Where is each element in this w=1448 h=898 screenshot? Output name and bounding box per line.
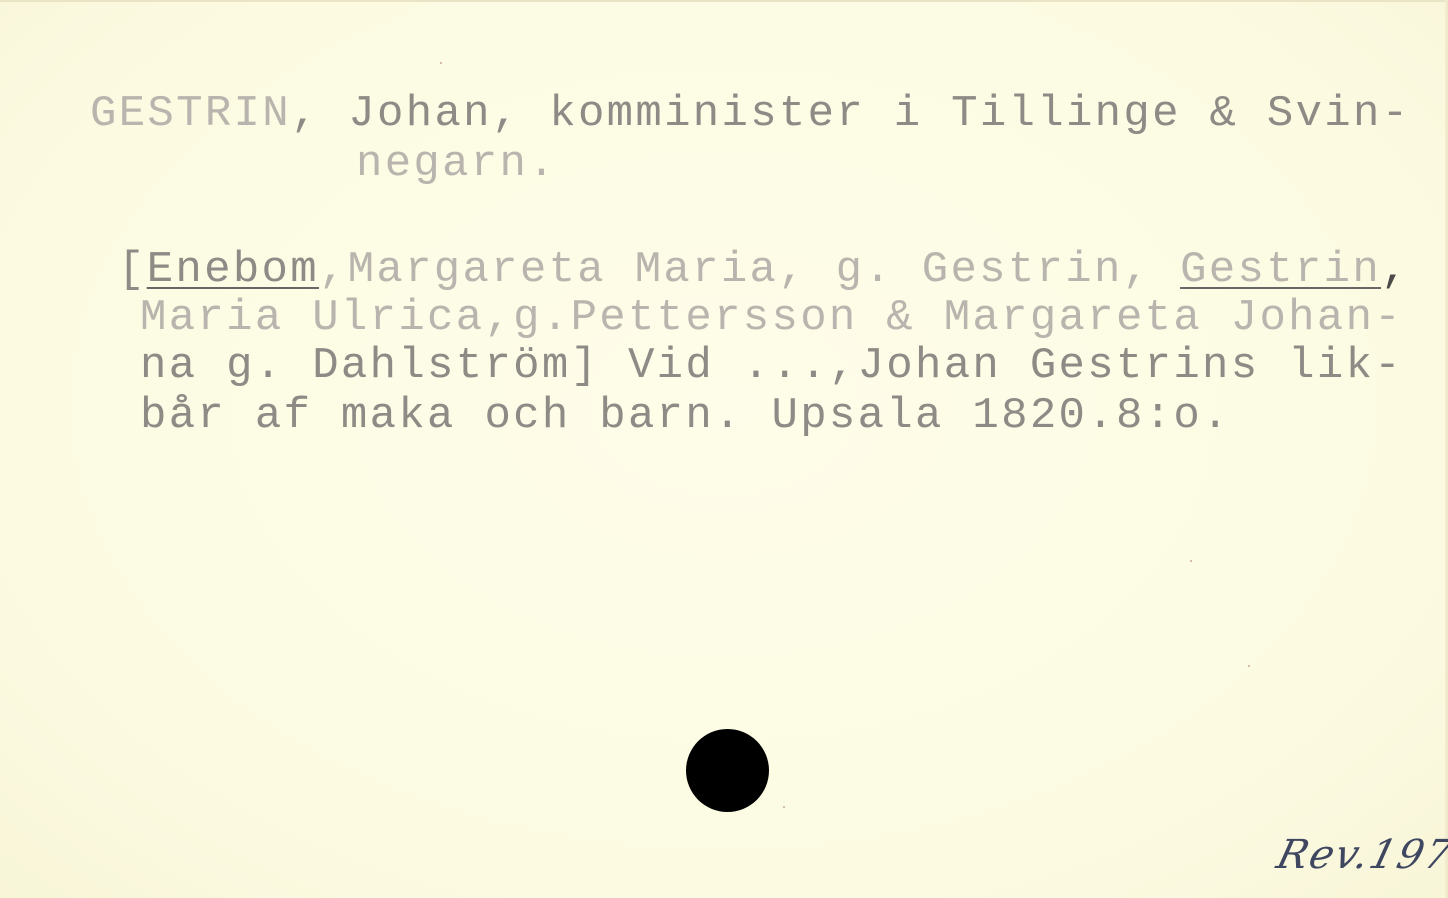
entry-line-1: [Enebom,Margareta Maria, g. Gestrin, Ges… (118, 246, 1410, 294)
catalog-card: GESTRIN, Johan, komminister i Tillinge &… (0, 0, 1448, 898)
speck (440, 62, 442, 64)
heading-continuation: negarn. (356, 140, 557, 188)
punch-hole (686, 729, 769, 812)
entry-line-4: bår af maka och barn. Upsala 1820.8:o. (140, 392, 1231, 440)
entry-line-3: na g. Dahlström] Vid ...,Johan Gestrins … (140, 342, 1403, 390)
handwritten-revision-note: Rev.1970 (1272, 832, 1448, 878)
entry-name-gestrin: Gestrin (1180, 245, 1381, 295)
heading-line: GESTRIN, Johan, komminister i Tillinge &… (90, 90, 1410, 138)
speck (1190, 560, 1192, 562)
heading-rest: , Johan, komminister i Tillinge & Svin- (291, 89, 1410, 139)
heading-surname: GESTRIN (90, 89, 291, 139)
card-top-edge (0, 0, 1448, 2)
entry-name-enebom: Enebom (147, 245, 319, 295)
speck (1248, 665, 1250, 667)
speck (783, 806, 785, 808)
entry-line-1-text: ,Margareta Maria, g. Gestrin, (319, 245, 1180, 295)
entry-line-2: Maria Ulrica,g.Pettersson & Margareta Jo… (140, 294, 1403, 342)
